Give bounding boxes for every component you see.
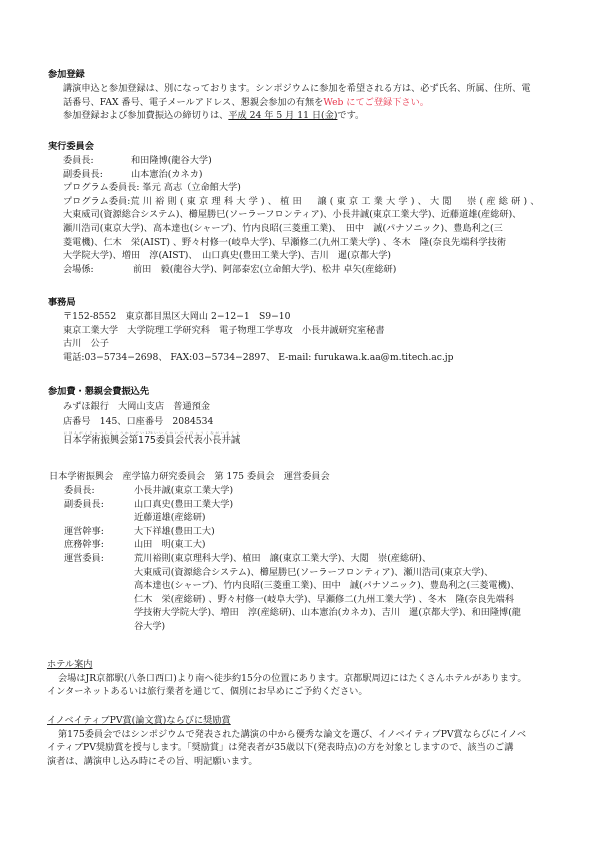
steering-members-line: 大東威司(資源総合システム)、櫛屋勝巳(ソーラーフロンティア)、瀬川浩司(東京大…	[134, 566, 521, 580]
secretariat-section: 事務局 〒152-8552 東京都目黒区大岡山 2−12−1 S9−10 東京工…	[48, 296, 568, 364]
steering-row-value: 山田 明(東工大)	[134, 538, 205, 552]
steering-row-label: 運営幹事:	[64, 525, 134, 539]
steering-row-value: 小長井誠(東京工業大学)	[134, 484, 233, 498]
steering-members-row: 運営委員: 荒川裕則(東京理科大学)、植田 譲(東京工業大学)、大閲 崇(産総研…	[49, 552, 569, 634]
program-members-first-line: 荒川裕則(東京理科大学)、植田 譲(東京工業大学)、大閲 崇(産総研)、	[130, 196, 542, 207]
steering-committee-section: 日本学術振興会 産学協力研究委員会 第 175 委員会 運営委員会 委員長: 小…	[49, 470, 569, 634]
exec-chair-value: 和田隆博(龍谷大学)	[131, 154, 212, 168]
steering-members-line: 仁木 栄(産総研) 、野々村修一(岐阜大学)、早瀬修二(九州工業大学) 、冬木 …	[134, 593, 521, 607]
payment-section: 参加費・懇親会費振込先 みずほ銀行 大岡山支店 普通預金 店番号 145、口座番…	[48, 385, 568, 449]
secretariat-address: 〒152-8552 東京都目黒区大岡山 2−12−1 S9−10	[48, 310, 568, 324]
steering-row: 委員長: 小長井誠(東京工業大学)	[49, 484, 569, 498]
registration-line-2: 話番号、FAX 番号、電子メールアドレス、懇親会参加の有無をWeb にてご登録下…	[48, 96, 568, 110]
web-registration-notice: Web にてご登録下さい。	[323, 97, 429, 108]
award-heading: イノベイティブPV賞(論文賞)ならびに奨励賞	[47, 714, 231, 728]
account-holder: 日本学術振興会第175委員会代表小長井誠にほんがくじゅつしんこうかいだい175い…	[48, 431, 568, 449]
exec-vice-row: 副委員長: 山本憲治(カネカ)	[48, 168, 568, 182]
program-members-line: 瀬川浩司(東京大学)、高本達也(シャープ)、竹内良昭(三菱重工業)、 田中 誠(…	[48, 222, 568, 236]
steering-row: 庶務幹事: 山田 明(東工大)	[49, 538, 569, 552]
exec-vice-value: 山本憲治(カネカ)	[131, 168, 202, 182]
account-info: 店番号 145、口座番号 2084534	[48, 414, 568, 429]
steering-row-label	[64, 511, 134, 525]
secretariat-heading: 事務局	[48, 296, 568, 310]
steering-row-label: 庶務幹事:	[64, 538, 134, 552]
venue-staff-value: 前田 毅(龍谷大学)、阿部泰宏(立命館大学)、松井 卓矢(産総研)	[133, 263, 396, 277]
program-members-row: プログラム委員:荒川裕則(東京理科大学)、植田 譲(東京工業大学)、大閲 崇(産…	[48, 195, 568, 209]
deadline-prefix: 参加登録および参加費振込の締切りは、	[63, 110, 228, 121]
document-page: 参加登録 講演申込と参加登録は、別になっております。シンポジウムに参加を希望され…	[0, 0, 595, 842]
executive-committee-section: 実行委員会 委員長: 和田隆博(龍谷大学) 副委員長: 山本憲治(カネカ) プロ…	[48, 140, 568, 276]
steering-row-label: 委員長:	[64, 484, 134, 498]
venue-staff-label: 会場係:	[63, 263, 133, 277]
steering-row-value: 大下祥雄(豊田工大)	[134, 525, 215, 539]
program-members-label: プログラム委員:	[63, 196, 130, 207]
award-line-2: イティブPV奨励賞を授与します。「奨励賞」は発表者が35歳以下(発表時点)の方を…	[47, 741, 567, 755]
registration-line-3: 参加登録および参加費振込の締切りは、平成 24 年 5 月 11 日(金)です。	[48, 109, 568, 123]
deadline-suffix: です。	[337, 110, 364, 121]
registration-heading: 参加登録	[48, 68, 568, 82]
hotel-section: ホテル案内 会場はJR京都駅(八条口西口)より南へ徒歩約15分の位置にあります。…	[47, 658, 567, 699]
steering-members-line: 高本達也(シャープ)、竹内良昭(三菱重工業)、田中 誠(パナソニック)、豊島利之…	[134, 579, 521, 593]
steering-members-line: 荒川裕則(東京理科大学)、植田 譲(東京工業大学)、大閲 崇(産総研)、	[134, 552, 521, 566]
registration-section: 参加登録 講演申込と参加登録は、別になっております。シンポジウムに参加を希望され…	[48, 68, 568, 123]
steering-row: 近藤道雄(産総研)	[49, 511, 569, 525]
award-line-3: 演者は、講演申し込み時にその旨、明記願います。	[47, 755, 567, 769]
hotel-line-2: インターネットあるいは旅行業者を通じて、個別にお早めにご予約ください。	[47, 685, 567, 699]
steering-row-label: 副委員長:	[64, 498, 134, 512]
steering-row-value: 山口真史(豊田工業大学)	[134, 498, 233, 512]
executive-committee-heading: 実行委員会	[48, 140, 568, 154]
account-holder-name: 日本学術振興会第175委員会代表小長井誠	[63, 435, 240, 446]
award-line-1: 第175委員会ではシンポジウムで発表された講演の中から優秀な論文を選び、イノベイ…	[47, 728, 567, 742]
registration-line-1: 講演申込と参加登録は、別になっております。シンポジウムに参加を希望される方は、必…	[48, 82, 568, 96]
secretariat-affiliation: 東京工業大学 大学院理工学研究科 電子物理工学専攻 小長井誠研究室秘書	[48, 324, 568, 338]
award-section: イノベイティブPV賞(論文賞)ならびに奨励賞 第175委員会ではシンポジウムで発…	[47, 714, 567, 768]
venue-staff-row: 会場係: 前田 毅(龍谷大学)、阿部泰宏(立命館大学)、松井 卓矢(産総研)	[48, 263, 568, 277]
program-members-line: 大学院大学)、増田 淳(AIST)、 山口真史(豊田工業大学)、吉川 暹(京都大…	[48, 249, 568, 263]
steering-row: 副委員長: 山口真史(豊田工業大学)	[49, 498, 569, 512]
secretariat-contact: 電話:03−5734−2698、 FAX:03−5734−2897、 E-mai…	[48, 351, 568, 365]
deadline-date: 平成 24 年 5 月 11 日(金)	[228, 110, 337, 121]
exec-chair-label: 委員長:	[63, 154, 131, 168]
steering-row-value: 近藤道雄(産総研)	[134, 511, 205, 525]
program-members-line: 大東威司(資源総合システム)、櫛屋勝巳(ソーラーフロンティア)、小長井誠(東京工…	[48, 208, 568, 222]
steering-members-list: 荒川裕則(東京理科大学)、植田 譲(東京工業大学)、大閲 崇(産総研)、 大東威…	[134, 552, 521, 634]
steering-row: 運営幹事: 大下祥雄(豊田工大)	[49, 525, 569, 539]
account-holder-furigana: にほんがくじゅつしんこうかいだい175いいんかいだいひょうこながいまこと	[63, 431, 240, 435]
steering-members-line: 学技術大学院大学)、増田 淳(産総研)、山本憲治(カネカ)、吉川 暹(京都大学)…	[134, 606, 521, 620]
steering-members-line: 谷大学)	[134, 620, 521, 634]
registration-line-2-text: 話番号、FAX 番号、電子メールアドレス、懇親会参加の有無を	[63, 97, 323, 108]
bank-info: みずほ銀行 大岡山支店 普通預金	[48, 399, 568, 414]
secretariat-name: 古川 公子	[48, 337, 568, 351]
hotel-heading: ホテル案内	[47, 658, 92, 672]
exec-vice-label: 副委員長:	[63, 168, 131, 182]
payment-heading: 参加費・懇親会費振込先	[48, 385, 568, 399]
exec-chair-row: 委員長: 和田隆博(龍谷大学)	[48, 154, 568, 168]
program-members-line: 菱電機)、仁木 栄(AIST) 、野々村修一(岐阜大学)、早瀬修二(九州工業大学…	[48, 236, 568, 250]
steering-members-label: 運営委員:	[64, 552, 134, 634]
hotel-line-1: 会場はJR京都駅(八条口西口)より南へ徒歩約15分の位置にあります。京都駅周辺に…	[47, 672, 567, 686]
steering-committee-heading: 日本学術振興会 産学協力研究委員会 第 175 委員会 運営委員会	[49, 470, 569, 484]
program-chair-row: プログラム委員長: 峯元 高志（立命館大学)	[48, 181, 568, 195]
